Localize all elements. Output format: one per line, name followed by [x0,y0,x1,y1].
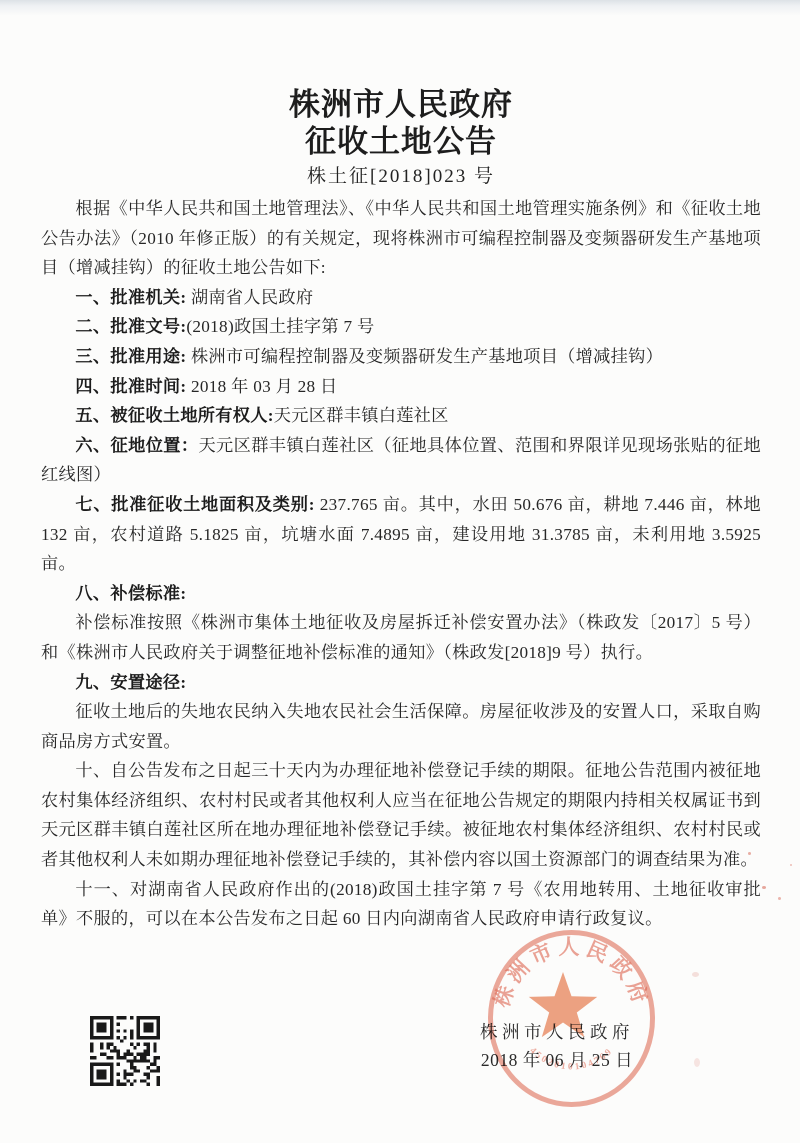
svg-text:4502010104769: 4502010104769 [527,1046,615,1073]
paragraph: 六、征地位置：天元区群丰镇白莲社区（征地具体位置、范围和界限详见现场张贴的征地红… [41,431,761,490]
paragraph: 征收土地后的失地农民纳入失地农民社会生活保障。房屋征收涉及的安置人口，采取自购商… [41,697,761,756]
ink-smudge [694,1058,700,1067]
announcement-document: 株洲市人民政府 征收土地公告 株土征[2018]023 号 根据《中华人民共和国… [41,86,761,934]
ink-speck [778,897,781,900]
ink-speck [748,852,751,855]
paragraph-text: 征收土地后的失地农民纳入失地农民社会生活保障。房屋征收涉及的安置人口，采取自购商… [41,702,761,751]
star-icon [529,972,597,1037]
paragraph: 八、补偿标准: [41,579,761,609]
paragraph-label: 六、征地位置： [75,436,198,455]
paragraph-text: 湖南省人民政府 [186,288,313,307]
paragraph: 四、批准时间: 2018 年 03 月 28 日 [41,372,761,402]
scan-edge-shadow [0,0,800,16]
ink-speck [762,886,766,889]
paragraph-text: 株洲市可编程控制器及变频器研发生产基地项目（增减挂钩） [186,347,663,366]
paragraph: 十一、对湖南省人民政府作出的(2018)政国土挂字第 7 号《农用地转用、土地征… [41,875,761,934]
paragraph: 五、被征收土地所有权人:天元区群丰镇白莲社区 [41,401,761,431]
paragraph: 补偿标准按照《株洲市集体土地征收及房屋拆迁补偿安置办法》（株政发〔2017〕5 … [41,608,761,667]
qr-code-icon [90,1016,160,1086]
seal-code-text: 4502010104769 [527,1046,615,1073]
paragraph: 十、自公告发布之日起三十天内为办理征地补偿登记手续的期限。征地公告范围内被征地农… [41,756,761,874]
paragraph: 一、批准机关: 湖南省人民政府 [41,283,761,313]
paragraph-text: 十、自公告发布之日起三十天内为办理征地补偿登记手续的期限。征地公告范围内被征地农… [41,761,761,869]
paragraph: 九、安置途径: [41,668,761,698]
doc-number: 株土征[2018]023 号 [41,161,761,192]
paragraph-text: 补偿标准按照《株洲市集体土地征收及房屋拆迁补偿安置办法》（株政发〔2017〕5 … [41,613,761,662]
document-page: 株洲市人民政府 征收土地公告 株土征[2018]023 号 根据《中华人民共和国… [0,0,800,1143]
ink-smudge [692,972,699,977]
paragraph-label: 一、批准机关: [75,288,186,307]
paragraph-label: 二、批准文号: [75,317,186,336]
paragraph-label: 七、批准征收土地面积及类别: [75,495,314,514]
paragraph: 三、批准用途: 株洲市可编程控制器及变频器研发生产基地项目（增减挂钩） [41,342,761,372]
ink-speck [790,864,792,866]
paragraph-label: 八、补偿标准: [75,584,186,603]
doc-title: 株洲市人民政府 [41,86,761,123]
paragraph-label: 五、被征收土地所有权人: [75,406,273,425]
paragraph: 七、批准征收土地面积及类别: 237.765 亩。其中，水田 50.676 亩，… [41,490,761,579]
paragraph-label: 四、批准时间: [75,377,186,396]
paragraph-text: 天元区群丰镇白莲社区 [274,406,449,425]
paragraph-text: 根据《中华人民共和国土地管理法》、《中华人民共和国土地管理实施条例》和《征收土地… [41,199,761,277]
doc-body: 根据《中华人民共和国土地管理法》、《中华人民共和国土地管理实施条例》和《征收土地… [41,194,761,934]
doc-subtitle: 征收土地公告 [41,123,761,160]
paragraph-label: 三、批准用途: [75,347,186,366]
paragraph-label: 九、安置途径: [75,673,186,692]
paragraph-text: (2018)政国土挂字第 7 号 [186,317,374,336]
paragraph-text: 2018 年 03 月 28 日 [186,377,337,396]
paragraph-text: 十一、对湖南省人民政府作出的(2018)政国土挂字第 7 号《农用地转用、土地征… [41,880,761,929]
paragraph: 二、批准文号:(2018)政国土挂字第 7 号 [41,312,761,342]
official-seal: 株洲市人民政府 4502010104769 [486,927,658,1111]
paragraph: 根据《中华人民共和国土地管理法》、《中华人民共和国土地管理实施条例》和《征收土地… [41,194,761,283]
